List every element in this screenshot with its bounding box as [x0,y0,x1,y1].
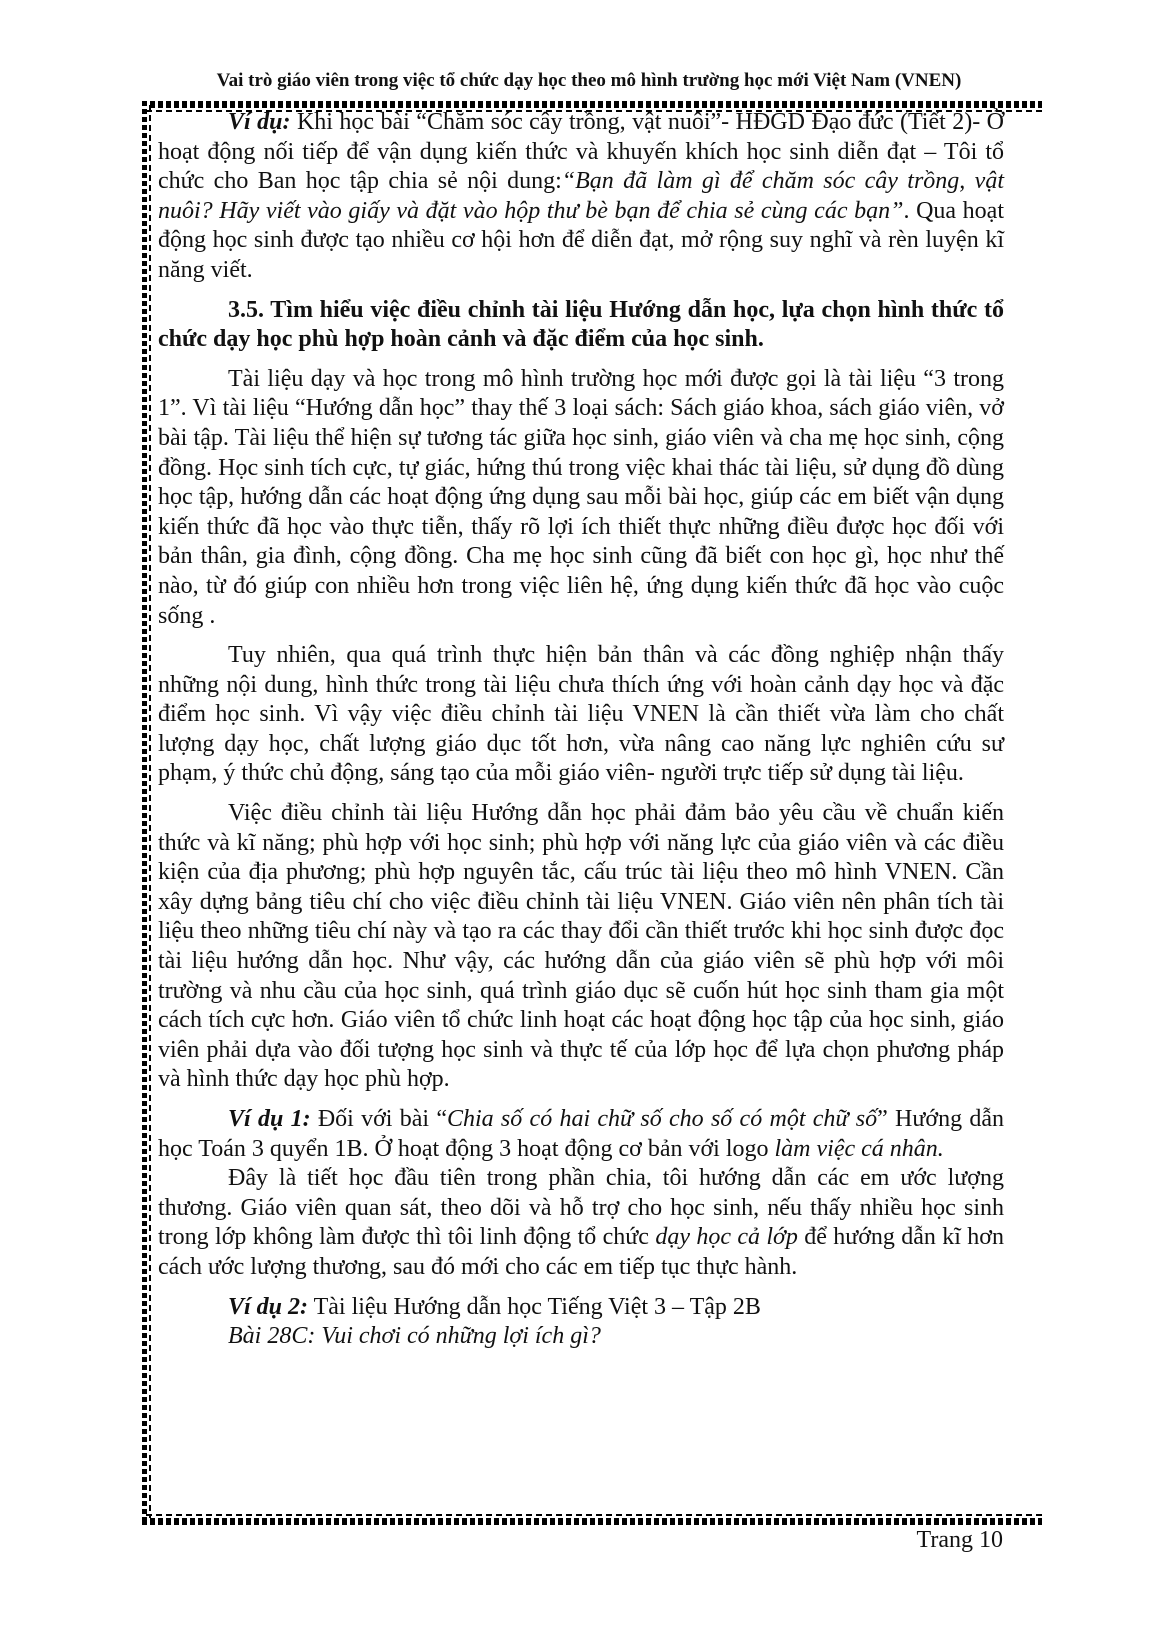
border-bottom [142,1518,1042,1525]
document-body: Ví dụ: Khi học bài “Chăm sóc cây trồng, … [158,108,1004,1352]
border-top [142,101,1042,108]
paragraph: Đây là tiết học đầu tiên trong phần chia… [158,1164,1004,1282]
paragraph: Tuy nhiên, qua quá trình thực hiện bản t… [158,641,1004,789]
example-label: Ví dụ 1: [228,1106,311,1132]
page-number: Trang 10 [917,1527,1003,1554]
paragraph: Việc điều chỉnh tài liệu Hướng dẫn học p… [158,799,1004,1095]
section-heading: 3.5. Tìm hiểu việc điều chỉnh tài liệu H… [158,296,1004,355]
lesson-title: Chia số có hai chữ số cho số có một chữ … [447,1106,877,1132]
logo-name: làm việc cá nhân [775,1136,938,1162]
border-left [142,101,147,1525]
example-intro-paragraph: Ví dụ: Khi học bài “Chăm sóc cây trồng, … [158,108,1004,286]
emphasis: dạy học cả lớp [655,1224,798,1250]
example-label: Ví dụ 2: [228,1294,308,1320]
running-header: Vai trò giáo viên trong việc tổ chức dạy… [0,70,1158,92]
lesson-title: Bài 28C: Vui chơi có những lợi ích gì? [158,1322,1004,1352]
example-1-paragraph: Ví dụ 1: Đối với bài “Chia số có hai chữ… [158,1105,1004,1164]
paragraph: Tài liệu dạy và học trong mô hình trường… [158,365,1004,631]
example-2-paragraph: Ví dụ 2: Tài liệu Hướng dẫn học Tiếng Vi… [158,1293,1004,1323]
example-label: Ví dụ: [228,109,290,135]
